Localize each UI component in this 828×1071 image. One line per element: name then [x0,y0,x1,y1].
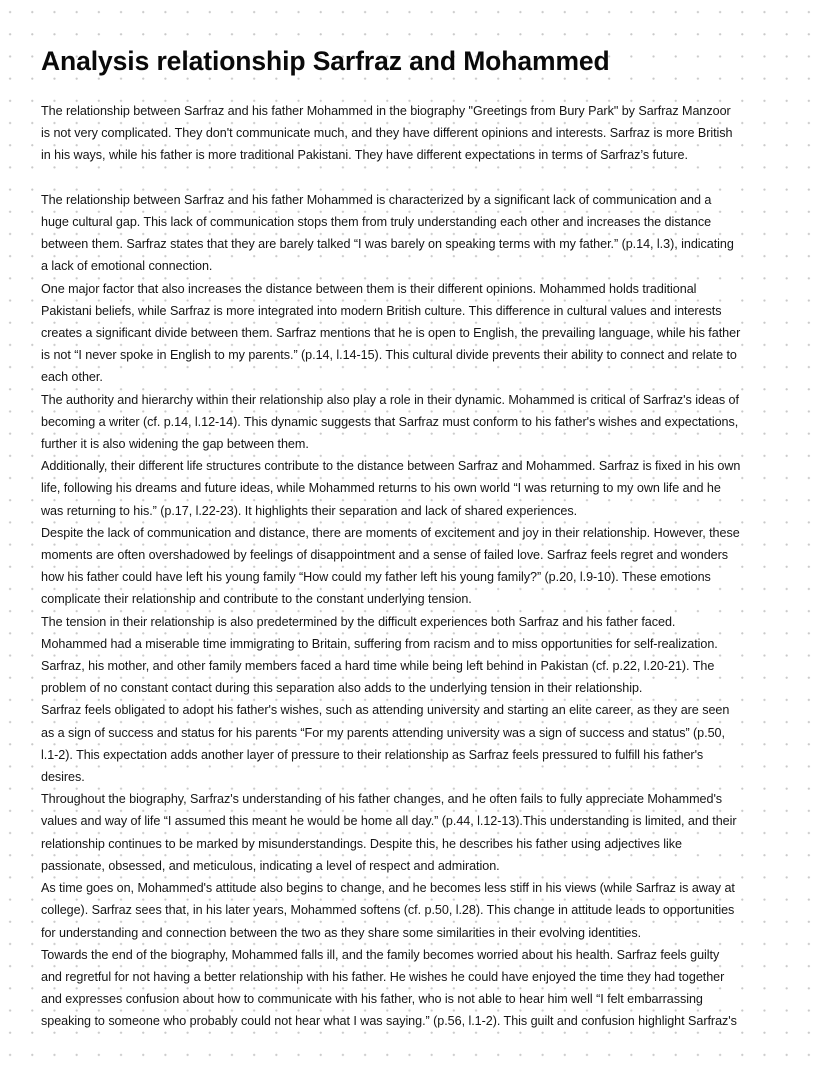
text-line: problem of no constant contact during th… [41,677,788,699]
text-line: Throughout the biography, Sarfraz's unde… [41,788,788,810]
text-line: passionate, obsessed, and meticulous, in… [41,855,788,877]
text-line: speaking to someone who probably could n… [41,1010,788,1032]
text-line: Sarfraz, his mother, and other family me… [41,655,788,677]
text-line: As time goes on, Mohammed's attitude als… [41,877,788,899]
text-line: Mohammed had a miserable time immigratin… [41,633,788,655]
text-line: and regretful for not having a better re… [41,966,788,988]
text-line: further it is also widening the gap betw… [41,433,788,455]
text-line: The relationship between Sarfraz and his… [41,100,788,122]
paragraph-understanding: Throughout the biography, Sarfraz's unde… [41,788,788,877]
text-line: a lack of emotional connection. [41,255,788,277]
paragraph-tension: The tension in their relationship is als… [41,611,788,700]
text-line: Towards the end of the biography, Mohamm… [41,944,788,966]
text-line: The authority and hierarchy within their… [41,389,788,411]
text-line: as a sign of success and status for his … [41,722,788,744]
text-line: relationship continues to be marked by m… [41,833,788,855]
document-page: Analysis relationship Sarfraz and Mohamm… [0,0,828,1033]
text-line: moments are often overshadowed by feelin… [41,544,788,566]
text-line: in his ways, while his father is more tr… [41,144,788,166]
text-line: is not very complicated. They don't comm… [41,122,788,144]
text-line: The tension in their relationship is als… [41,611,788,633]
text-line: One major factor that also increases the… [41,278,788,300]
text-line: becoming a writer (cf. p.14, l.12-14). T… [41,411,788,433]
paragraph-illness: Towards the end of the biography, Mohamm… [41,944,788,1033]
text-line: Additionally, their different life struc… [41,455,788,477]
text-line: huge cultural gap. This lack of communic… [41,211,788,233]
text-line: creates a significant divide between the… [41,322,788,344]
text-line: complicate their relationship and contri… [41,588,788,610]
text-line: desires. [41,766,788,788]
text-line: Pakistani beliefs, while Sarfraz is more… [41,300,788,322]
text-line: was returning to his.” (p.17, l.22-23). … [41,500,788,522]
text-line: is not “I never spoke in English to my p… [41,344,788,366]
text-line: and expresses confusion about how to com… [41,988,788,1010]
text-line: Despite the lack of communication and di… [41,522,788,544]
paragraph-obligation: Sarfraz feels obligated to adopt his fat… [41,699,788,788]
paragraph-authority: The authority and hierarchy within their… [41,389,788,456]
paragraph-opinions: One major factor that also increases the… [41,278,788,389]
text-line: Sarfraz feels obligated to adopt his fat… [41,699,788,721]
text-line: how his father could have left his young… [41,566,788,588]
paragraph-emotions: Despite the lack of communication and di… [41,522,788,611]
page-title: Analysis relationship Sarfraz and Mohamm… [41,44,788,78]
text-line: values and way of life “I assumed this m… [41,810,788,832]
text-line: each other. [41,366,788,388]
paragraph-communication: The relationship between Sarfraz and his… [41,189,788,278]
paragraph-life-structures: Additionally, their different life struc… [41,455,788,522]
text-line: life, following his dreams and future id… [41,477,788,499]
text-line: The relationship between Sarfraz and his… [41,189,788,211]
text-line: l.1-2). This expectation adds another la… [41,744,788,766]
text-line: between them. Sarfraz states that they a… [41,233,788,255]
text-line: for understanding and connection between… [41,922,788,944]
paragraph-attitude-change: As time goes on, Mohammed's attitude als… [41,877,788,944]
text-line: college). Sarfraz sees that, in his late… [41,899,788,921]
paragraph-intro: The relationship between Sarfraz and his… [41,100,788,167]
